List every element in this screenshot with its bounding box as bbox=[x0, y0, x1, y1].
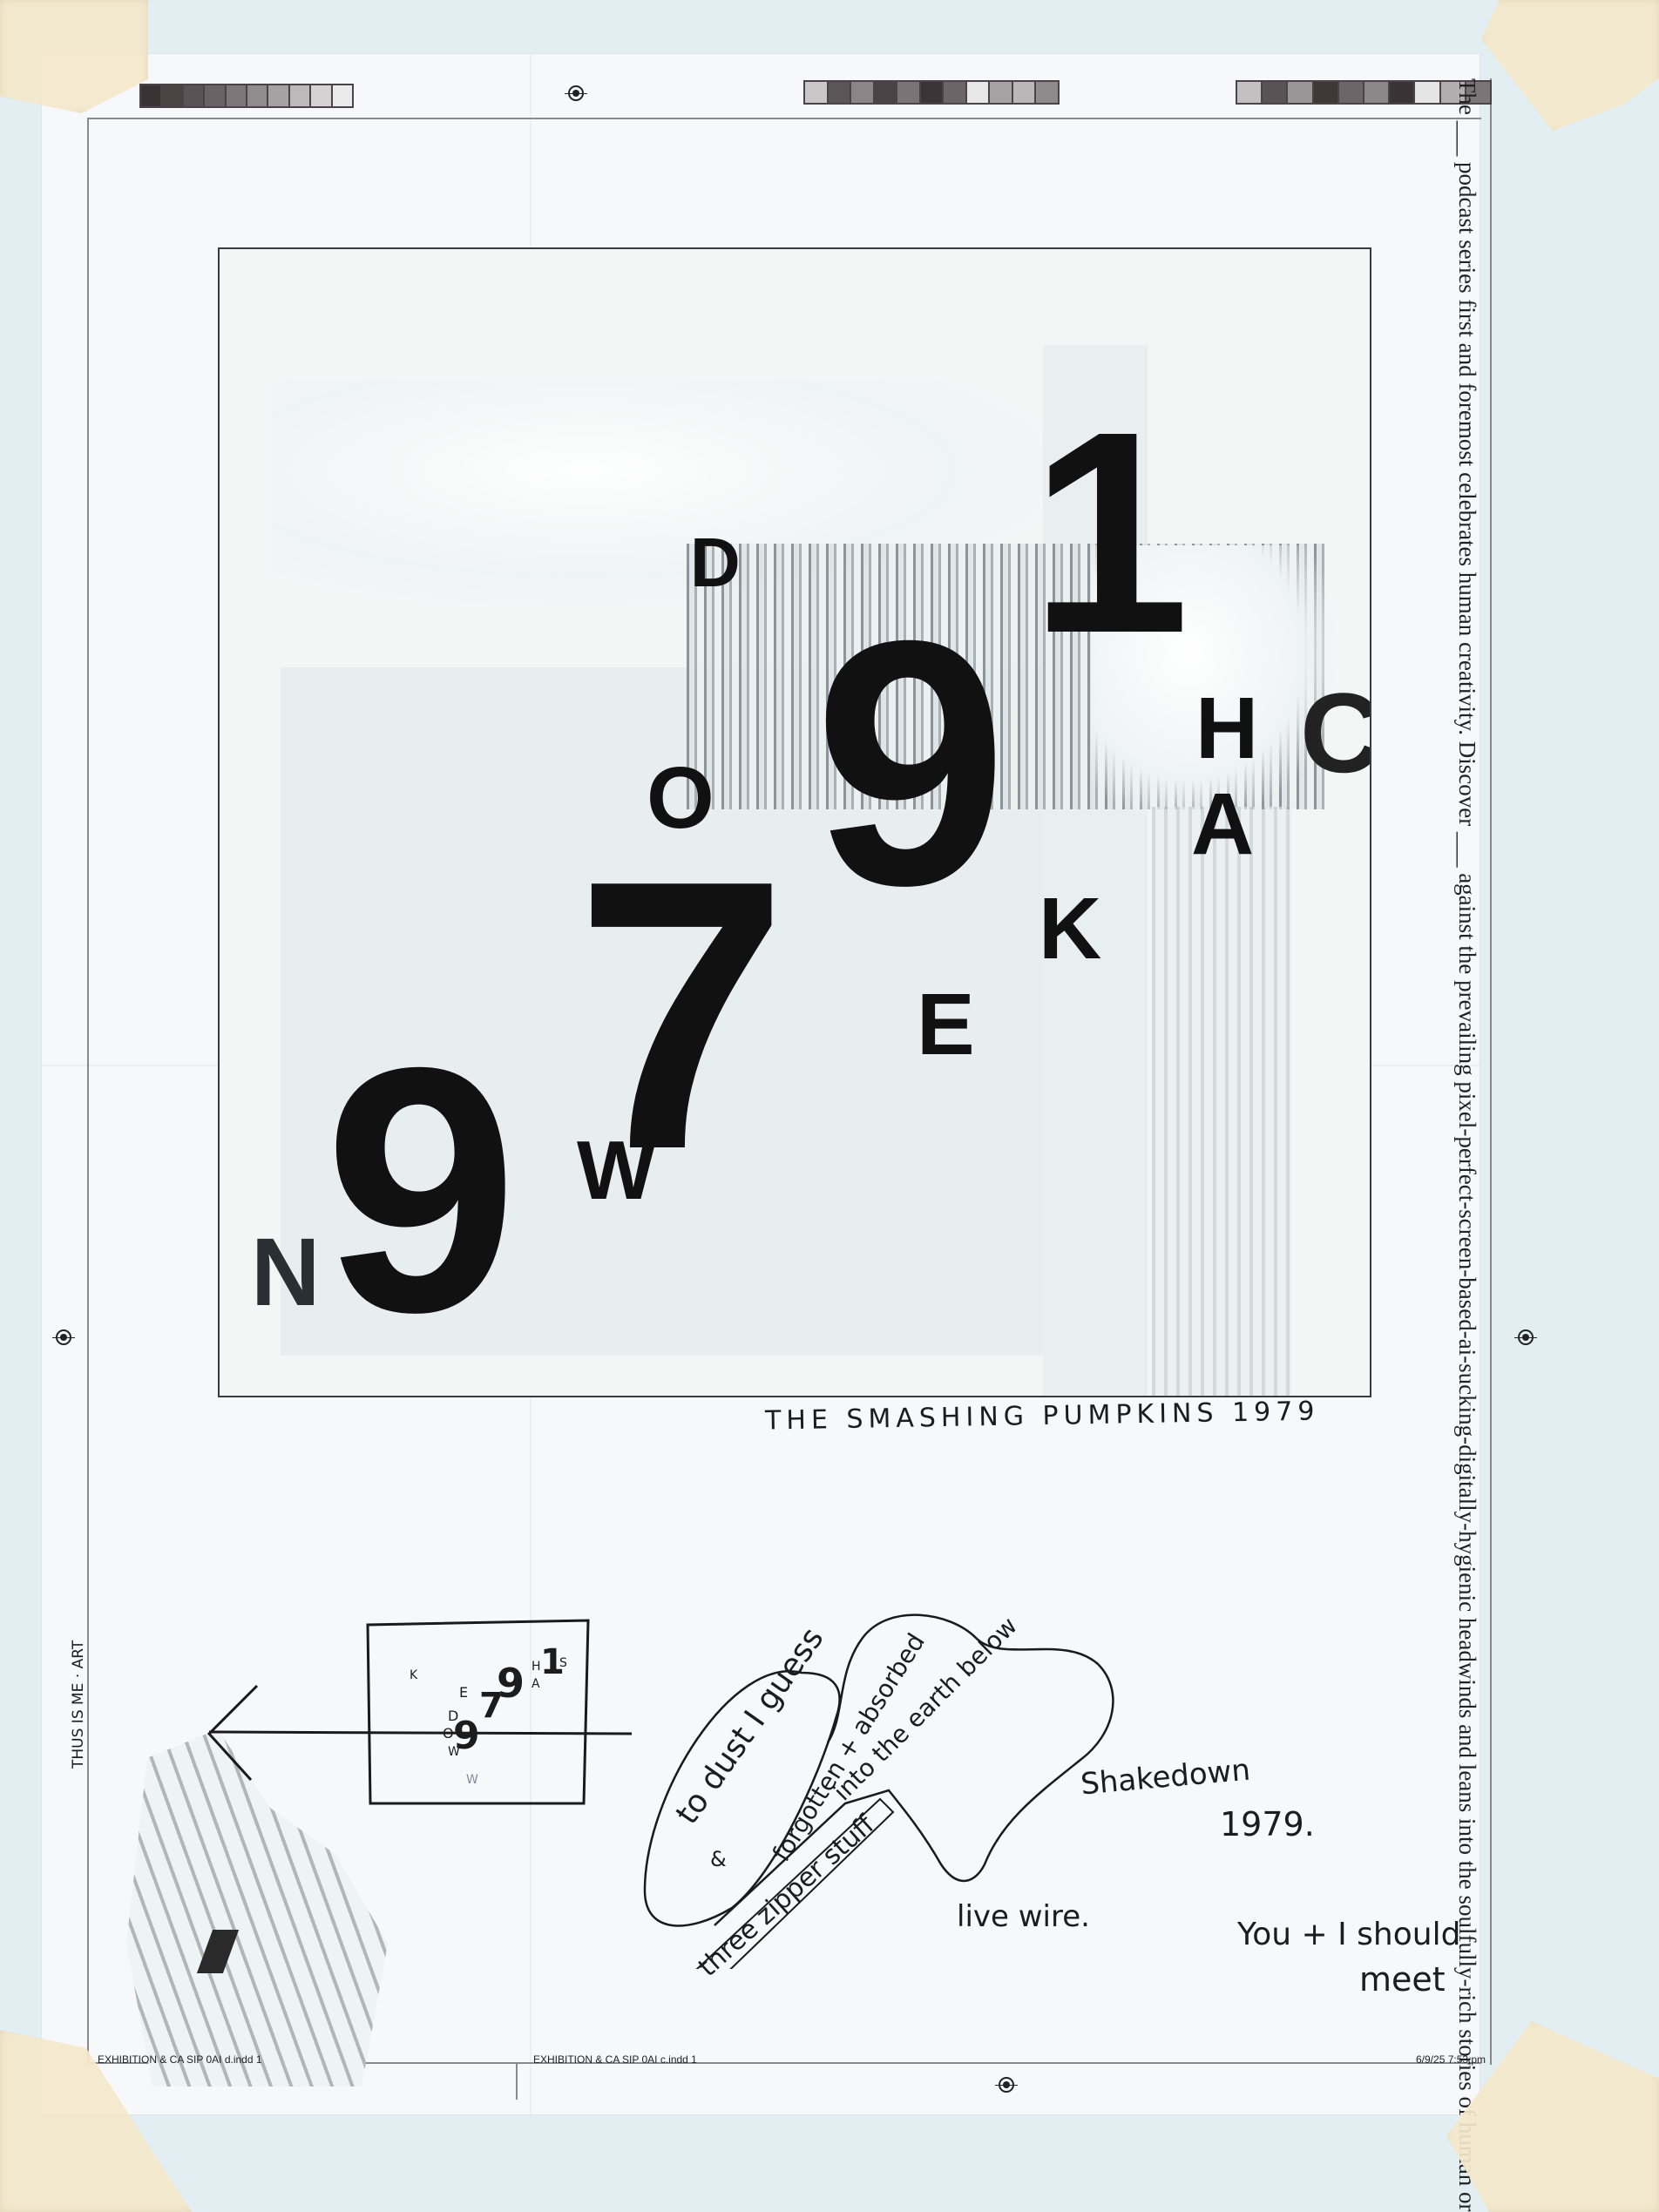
trim-rule-right bbox=[1490, 78, 1492, 2065]
glyph-9-small: 9 bbox=[324, 1016, 516, 1364]
color-swatch bbox=[184, 85, 205, 106]
color-swatch bbox=[921, 82, 945, 103]
vertical-sidebar-text: The ___ podcast series first and foremos… bbox=[1453, 78, 1480, 2039]
color-swatch bbox=[205, 85, 226, 106]
sketch-glyph-o: O bbox=[443, 1725, 454, 1742]
color-swatch bbox=[247, 85, 268, 106]
color-swatch bbox=[967, 82, 991, 103]
sketch-glyph-9a: 9 bbox=[497, 1660, 525, 1707]
color-swatch bbox=[805, 82, 829, 103]
color-swatch bbox=[1390, 82, 1415, 103]
glyph-k: K bbox=[1039, 885, 1100, 972]
slug-center-file: EXHIBITION & CA SIP 0AI c.indd 1 bbox=[533, 2053, 697, 2066]
year-text: 1979. bbox=[1220, 1805, 1315, 1843]
glyph-d: D bbox=[690, 528, 739, 598]
glyph-n: N bbox=[251, 1225, 318, 1321]
glyph-h: H bbox=[1195, 685, 1256, 772]
glyph-1: 1 bbox=[1030, 389, 1188, 676]
streaked-strip bbox=[1152, 807, 1291, 1397]
meet-text: meet bbox=[1359, 1960, 1446, 1999]
color-swatch bbox=[1288, 82, 1313, 103]
color-swatch bbox=[1364, 82, 1390, 103]
glyph-w: W bbox=[577, 1129, 654, 1213]
lyric-prefix: & bbox=[710, 1847, 727, 1871]
color-swatch bbox=[333, 85, 352, 106]
glyph-e: E bbox=[917, 981, 973, 1068]
sketch-label: THUS IS ME · ART bbox=[70, 1640, 87, 1769]
registration-mark-icon bbox=[999, 2077, 1014, 2093]
slug-divider bbox=[516, 2063, 518, 2100]
color-swatch bbox=[897, 82, 921, 103]
glyph-c: C bbox=[1300, 676, 1371, 789]
color-swatch bbox=[875, 82, 898, 103]
color-swatch bbox=[311, 85, 332, 106]
registration-mark-icon bbox=[1518, 1329, 1534, 1345]
sketch-glyph-w2: W bbox=[466, 1773, 478, 1787]
color-swatch bbox=[851, 82, 875, 103]
sketch-glyph-cluster: K E D O 9 W 7 9 H A 1 S W bbox=[410, 1668, 584, 1799]
color-swatch bbox=[1415, 82, 1440, 103]
sketch-glyph-a: A bbox=[532, 1677, 540, 1691]
you-and-i-text: You + I should bbox=[1237, 1917, 1460, 1952]
color-swatch bbox=[1314, 82, 1339, 103]
slug-left-file: EXHIBITION & CA SIP 0AI d.indd 1 bbox=[98, 2053, 262, 2066]
sketch-glyph-e: E bbox=[459, 1684, 468, 1701]
color-swatch bbox=[1339, 82, 1364, 103]
color-swatch bbox=[990, 82, 1013, 103]
glyph-a: A bbox=[1191, 781, 1252, 868]
color-swatch bbox=[1013, 82, 1037, 103]
color-swatch bbox=[1237, 82, 1263, 103]
color-swatch bbox=[944, 82, 967, 103]
color-bar-left bbox=[139, 84, 354, 108]
color-swatch bbox=[268, 85, 289, 106]
registration-mark-icon bbox=[568, 85, 584, 101]
color-swatch bbox=[227, 85, 247, 106]
trim-rule-top bbox=[87, 118, 1481, 119]
sketch-glyph-k: K bbox=[410, 1668, 417, 1682]
color-swatch bbox=[162, 85, 183, 106]
sketch-glyph-h: H bbox=[532, 1660, 541, 1674]
color-swatch bbox=[290, 85, 311, 106]
registration-mark-icon bbox=[56, 1329, 71, 1345]
collage-artwork: 1 D 9 H C A O 7 K E 9 W N bbox=[218, 247, 1371, 1397]
trim-rule-left bbox=[87, 118, 89, 2060]
sketch-glyph-s: S bbox=[559, 1656, 567, 1670]
sketch-glyph-w: W bbox=[448, 1745, 460, 1759]
color-swatch bbox=[829, 82, 852, 103]
live-wire-text: live wire. bbox=[957, 1899, 1090, 1934]
color-swatch bbox=[1036, 82, 1058, 103]
glyph-9-large: 9 bbox=[814, 589, 1006, 937]
masking-tape-top-right bbox=[1481, 0, 1659, 131]
slug-timestamp: 6/9/25 7:53 pm bbox=[1416, 2053, 1486, 2066]
color-swatch bbox=[1263, 82, 1288, 103]
color-swatch bbox=[141, 85, 162, 106]
color-bar-center bbox=[803, 80, 1060, 105]
